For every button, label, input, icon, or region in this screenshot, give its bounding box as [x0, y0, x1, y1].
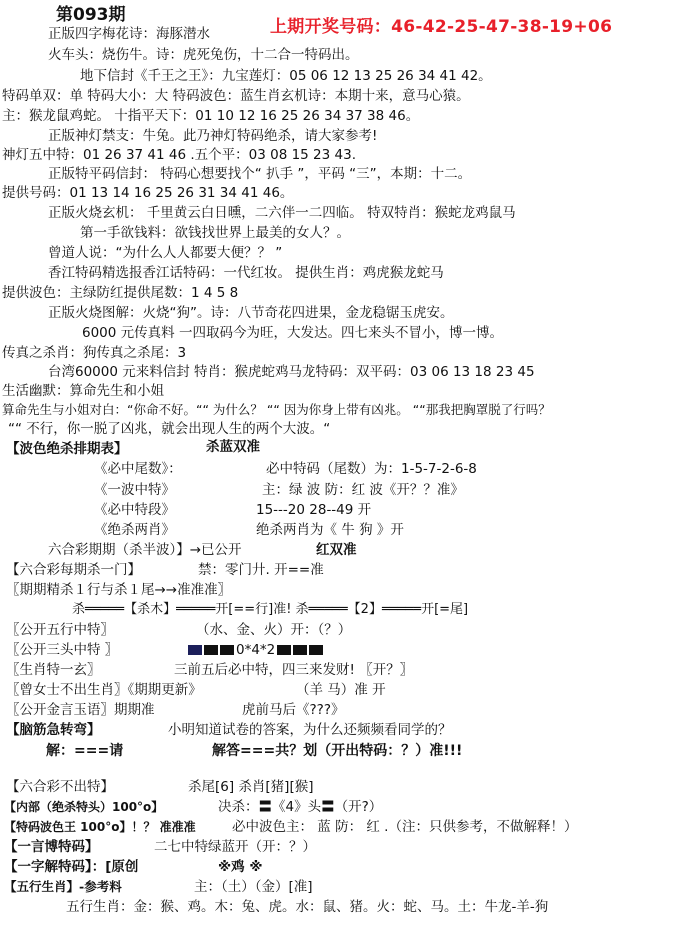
text-line: 提供号码：01 13 14 16 25 26 31 34 41 46。	[2, 184, 293, 202]
text-line: 香江特码精选报香江话特码：一代红妆。 提供生肖：鸡虎猴龙蛇马	[48, 264, 444, 282]
kill-row-label: 〖期期精杀１行与杀１尾→→准准准〗	[6, 581, 231, 599]
text-line: 地下信封《千王之王》：九宝莲灯：05 06 12 13 25 26 34 41 …	[80, 67, 492, 85]
kill-door-value: 禁：零门廾. 开==准	[198, 561, 324, 579]
bar-icon	[188, 645, 202, 655]
text-line: 火车头：烧伤牛。诗：虎死兔伤，十二合一特码出。	[48, 46, 359, 64]
text-line: 6000 元传真料 一四取码今为旺，大发达。四七来头不冒小，博一博。	[82, 324, 503, 342]
public-label: 〖公开三头中特 〗	[6, 641, 118, 659]
bottom-label: 【一字解特码】：[原创	[4, 858, 138, 876]
text-line: 生活幽默：算命先生和小姐	[2, 382, 164, 400]
public-label: 〖公开五行中特〗	[6, 621, 114, 639]
text-line: 正版神灯禁支：牛兔。此乃神灯特码绝杀，请大家参考!	[48, 127, 377, 145]
bottom-value: ※鸡 ※	[218, 858, 262, 876]
bar-icon	[293, 645, 307, 655]
wave-row-label: 《绝杀两肖》	[94, 521, 175, 539]
half-wave-label: 六合彩期期（杀半波）】→已公开	[48, 541, 242, 559]
public-value: （羊 马）准 开	[296, 681, 386, 699]
bottom-label: 【特码波色王 100°o】！？ 准准准	[4, 818, 196, 836]
bar-icon	[277, 645, 291, 655]
wave-row-label: 《必中尾数》：	[94, 460, 182, 478]
wave-row-label: 《必中特段》	[94, 501, 175, 519]
public-value: （水、金、火）开：（？）	[196, 621, 351, 639]
riddle-label: 【脑筋急转弯】	[6, 721, 101, 739]
five-elements-line: 五行生肖：金：猴、鸡。木：兔、虎。水：鼠、猪。火：蛇、马。土：牛龙-羊-狗	[66, 898, 548, 916]
bottom-value: 杀尾[6] 杀肖[猪][猴]	[188, 778, 313, 796]
text-line: 台湾60000 元来料信封 特肖：猴虎蛇鸡马龙特码：双平码：03 06 13 1…	[48, 363, 535, 381]
bottom-value: 决杀：〓《4》头〓（开?）	[218, 798, 382, 816]
wave-row-label: 《一波中特》	[94, 481, 175, 499]
bottom-label: 【五行生肖】-参考料	[4, 878, 122, 896]
wave-row-value: 必中特码（尾数）为：1-5-7-2-6-8	[266, 460, 477, 478]
riddle-question: 小明知道试卷的答案，为什么还频频看同学的？	[168, 721, 452, 739]
text-line: 第一手欲钱料：欲钱找世界上最美的女人？。	[80, 224, 350, 242]
text-line: 传真之杀肖：狗传真之杀尾：3	[2, 344, 186, 362]
text-line: 正版特平码信封： 特码心想要找个“ 扒手 ”，平码 “三”，本期：十二。	[48, 165, 471, 183]
text-line: ““ 不行，你一脱了凶兆，就会出现人生的两个大波。“	[8, 420, 330, 438]
wave-table-title: 【波色绝杀排期表】	[6, 440, 128, 458]
public-value: 0*4*2	[236, 642, 275, 658]
text-line: 神灯五中特：01 26 37 41 46 .五个平：03 08 15 23 43…	[2, 146, 356, 164]
bottom-label: 【内部（绝杀特头）100°o】	[4, 798, 163, 816]
last-result-label: 上期开奖号码：	[270, 17, 391, 37]
bar-icon	[204, 645, 218, 655]
bar-icon	[309, 645, 323, 655]
wave-row-value: 绝杀两肖为《 牛 狗 》开	[256, 521, 404, 539]
bottom-value: 主：（土）（金）[准]	[194, 878, 313, 896]
last-result-banner: 上期开奖号码：46-42-25-47-38-19+06	[270, 18, 612, 36]
wave-row-value: 主：绿 波 防：红 波《开？？准》	[262, 481, 464, 499]
bottom-value: 必中波色主： 蓝 防： 红 .（注：只供参考，不做解释！）	[232, 818, 577, 836]
text-line: 正版四字梅花诗：海豚潜水	[48, 25, 210, 43]
riddle-hint: 解：===请	[46, 742, 123, 760]
half-wave-value: 红双准	[316, 541, 357, 559]
text-line: 曾道人说：“为什么人人都要大便？？ ”	[48, 244, 282, 262]
public-label: 〖生肖特一玄〗	[6, 661, 101, 679]
bar-icon	[220, 645, 234, 655]
bottom-value: 二七中特绿蓝开（开：？）	[154, 838, 316, 856]
public-value: 三前五后必中特，四三来发财! 〖开？〗	[174, 661, 413, 679]
text-line: 正版火烧玄机： 千里黄云白日曛，二六伴一二四临。 特双特肖：猴蛇龙鸡鼠马	[48, 204, 516, 222]
bottom-label: 【六合彩不出特】	[6, 778, 114, 796]
text-line: 算命先生与小姐对白：“你命不好。““ 为什么？ ““ 因为你身上带有凶兆。 ““…	[2, 401, 551, 419]
text-line: 特码单双：单 特码大小：大 特码波色：蓝生肖玄机诗：本期十来，意马心猿。	[2, 87, 470, 105]
issue-number: 第093期	[56, 6, 126, 24]
public-value-wrap: 0*4*2	[188, 641, 325, 659]
text-line: 提供波色：主绿防红提供尾数：1 4 5 8	[2, 284, 238, 302]
riddle-answer: 解答===共？划（开出特码：？）准!!!	[212, 742, 462, 760]
public-value: 虎前马后《???》	[242, 701, 345, 719]
last-result-numbers: 46-42-25-47-38-19+06	[391, 17, 612, 37]
kill-row-content: 杀═════【杀木】═════开[==行]准! 杀═════【2】═════开[…	[72, 601, 468, 619]
public-label: 〖公开金言玉语〗期期准	[6, 701, 155, 719]
wave-row-value: 15---20 28--49 开	[256, 501, 371, 519]
wave-table-title-right: 杀蓝双准	[206, 438, 260, 456]
public-label: 〖曾女士不出生肖〗《期期更新》	[6, 681, 202, 699]
bottom-label: 【一言博特码】	[4, 838, 99, 856]
text-line: 正版火烧图解：火烧“狗”。诗：八节奇花四进果，金龙稳锯玉虎安。	[48, 304, 454, 322]
kill-door-label: 【六合彩每期杀一门】	[6, 561, 141, 579]
text-line: 主：猴龙鼠鸡蛇。 十指平天下：01 10 12 16 25 26 34 37 3…	[2, 107, 419, 125]
